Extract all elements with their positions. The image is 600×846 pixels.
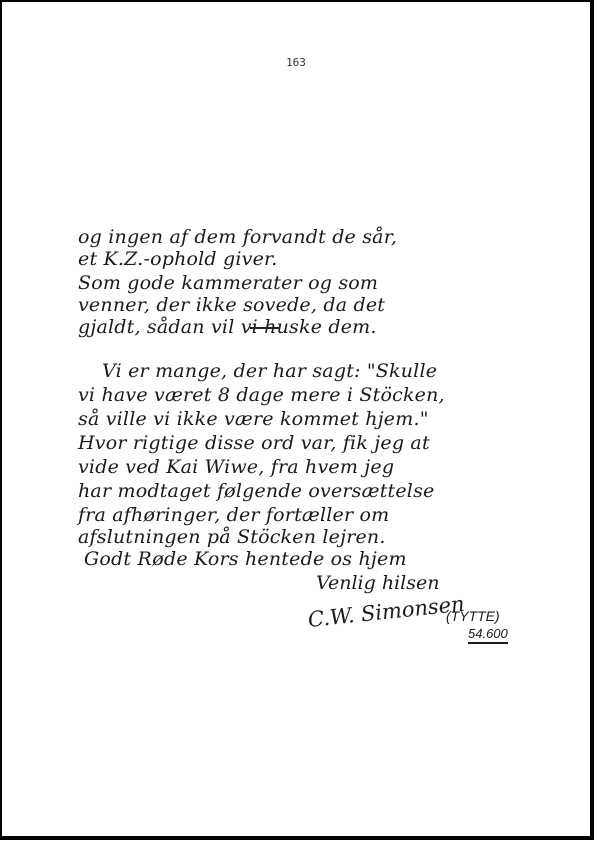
handwritten-line: afslutningen på Stöcken lejren. bbox=[78, 526, 386, 548]
handwritten-line: vide ved Kai Wiwe, fra hvem jeg bbox=[78, 456, 394, 478]
handwritten-line: Hvor rigtige disse ord var, fik jeg at bbox=[78, 432, 430, 454]
handwritten-line: har modtaget følgende oversættelse bbox=[78, 480, 434, 502]
handwritten-line: vi have været 8 dage mere i Stöcken, bbox=[78, 384, 445, 406]
prisoner-number: 54.600 bbox=[468, 626, 508, 644]
handwritten-line: Godt Røde Kors hentede os hjem bbox=[84, 548, 407, 570]
handwritten-line: gjaldt, sådan vil vi huske dem. bbox=[78, 316, 377, 338]
signature-greeting: Venlig hilsen bbox=[316, 572, 439, 594]
handwritten-line: og ingen af dem forvandt de sår, bbox=[78, 226, 397, 248]
underline-mark bbox=[250, 327, 280, 329]
handwritten-line: venner, der ikke sovede, da det bbox=[78, 294, 385, 316]
handwritten-line: Vi er mange, der har sagt: "Skulle bbox=[102, 360, 437, 382]
document-page: 163 og ingen af dem forvandt de sår, et … bbox=[0, 0, 594, 840]
page-number: 163 bbox=[2, 56, 590, 69]
signature-nickname: (TYTTE) bbox=[446, 608, 500, 624]
handwritten-line: så ville vi ikke være kommet hjem." bbox=[78, 408, 429, 430]
handwritten-line: fra afhøringer, der fortæller om bbox=[78, 504, 389, 526]
handwritten-line: Som gode kammerater og som bbox=[78, 272, 378, 294]
signature-name: C.W. Simonsen bbox=[307, 592, 466, 632]
handwritten-line: et K.Z.-ophold giver. bbox=[78, 248, 278, 270]
